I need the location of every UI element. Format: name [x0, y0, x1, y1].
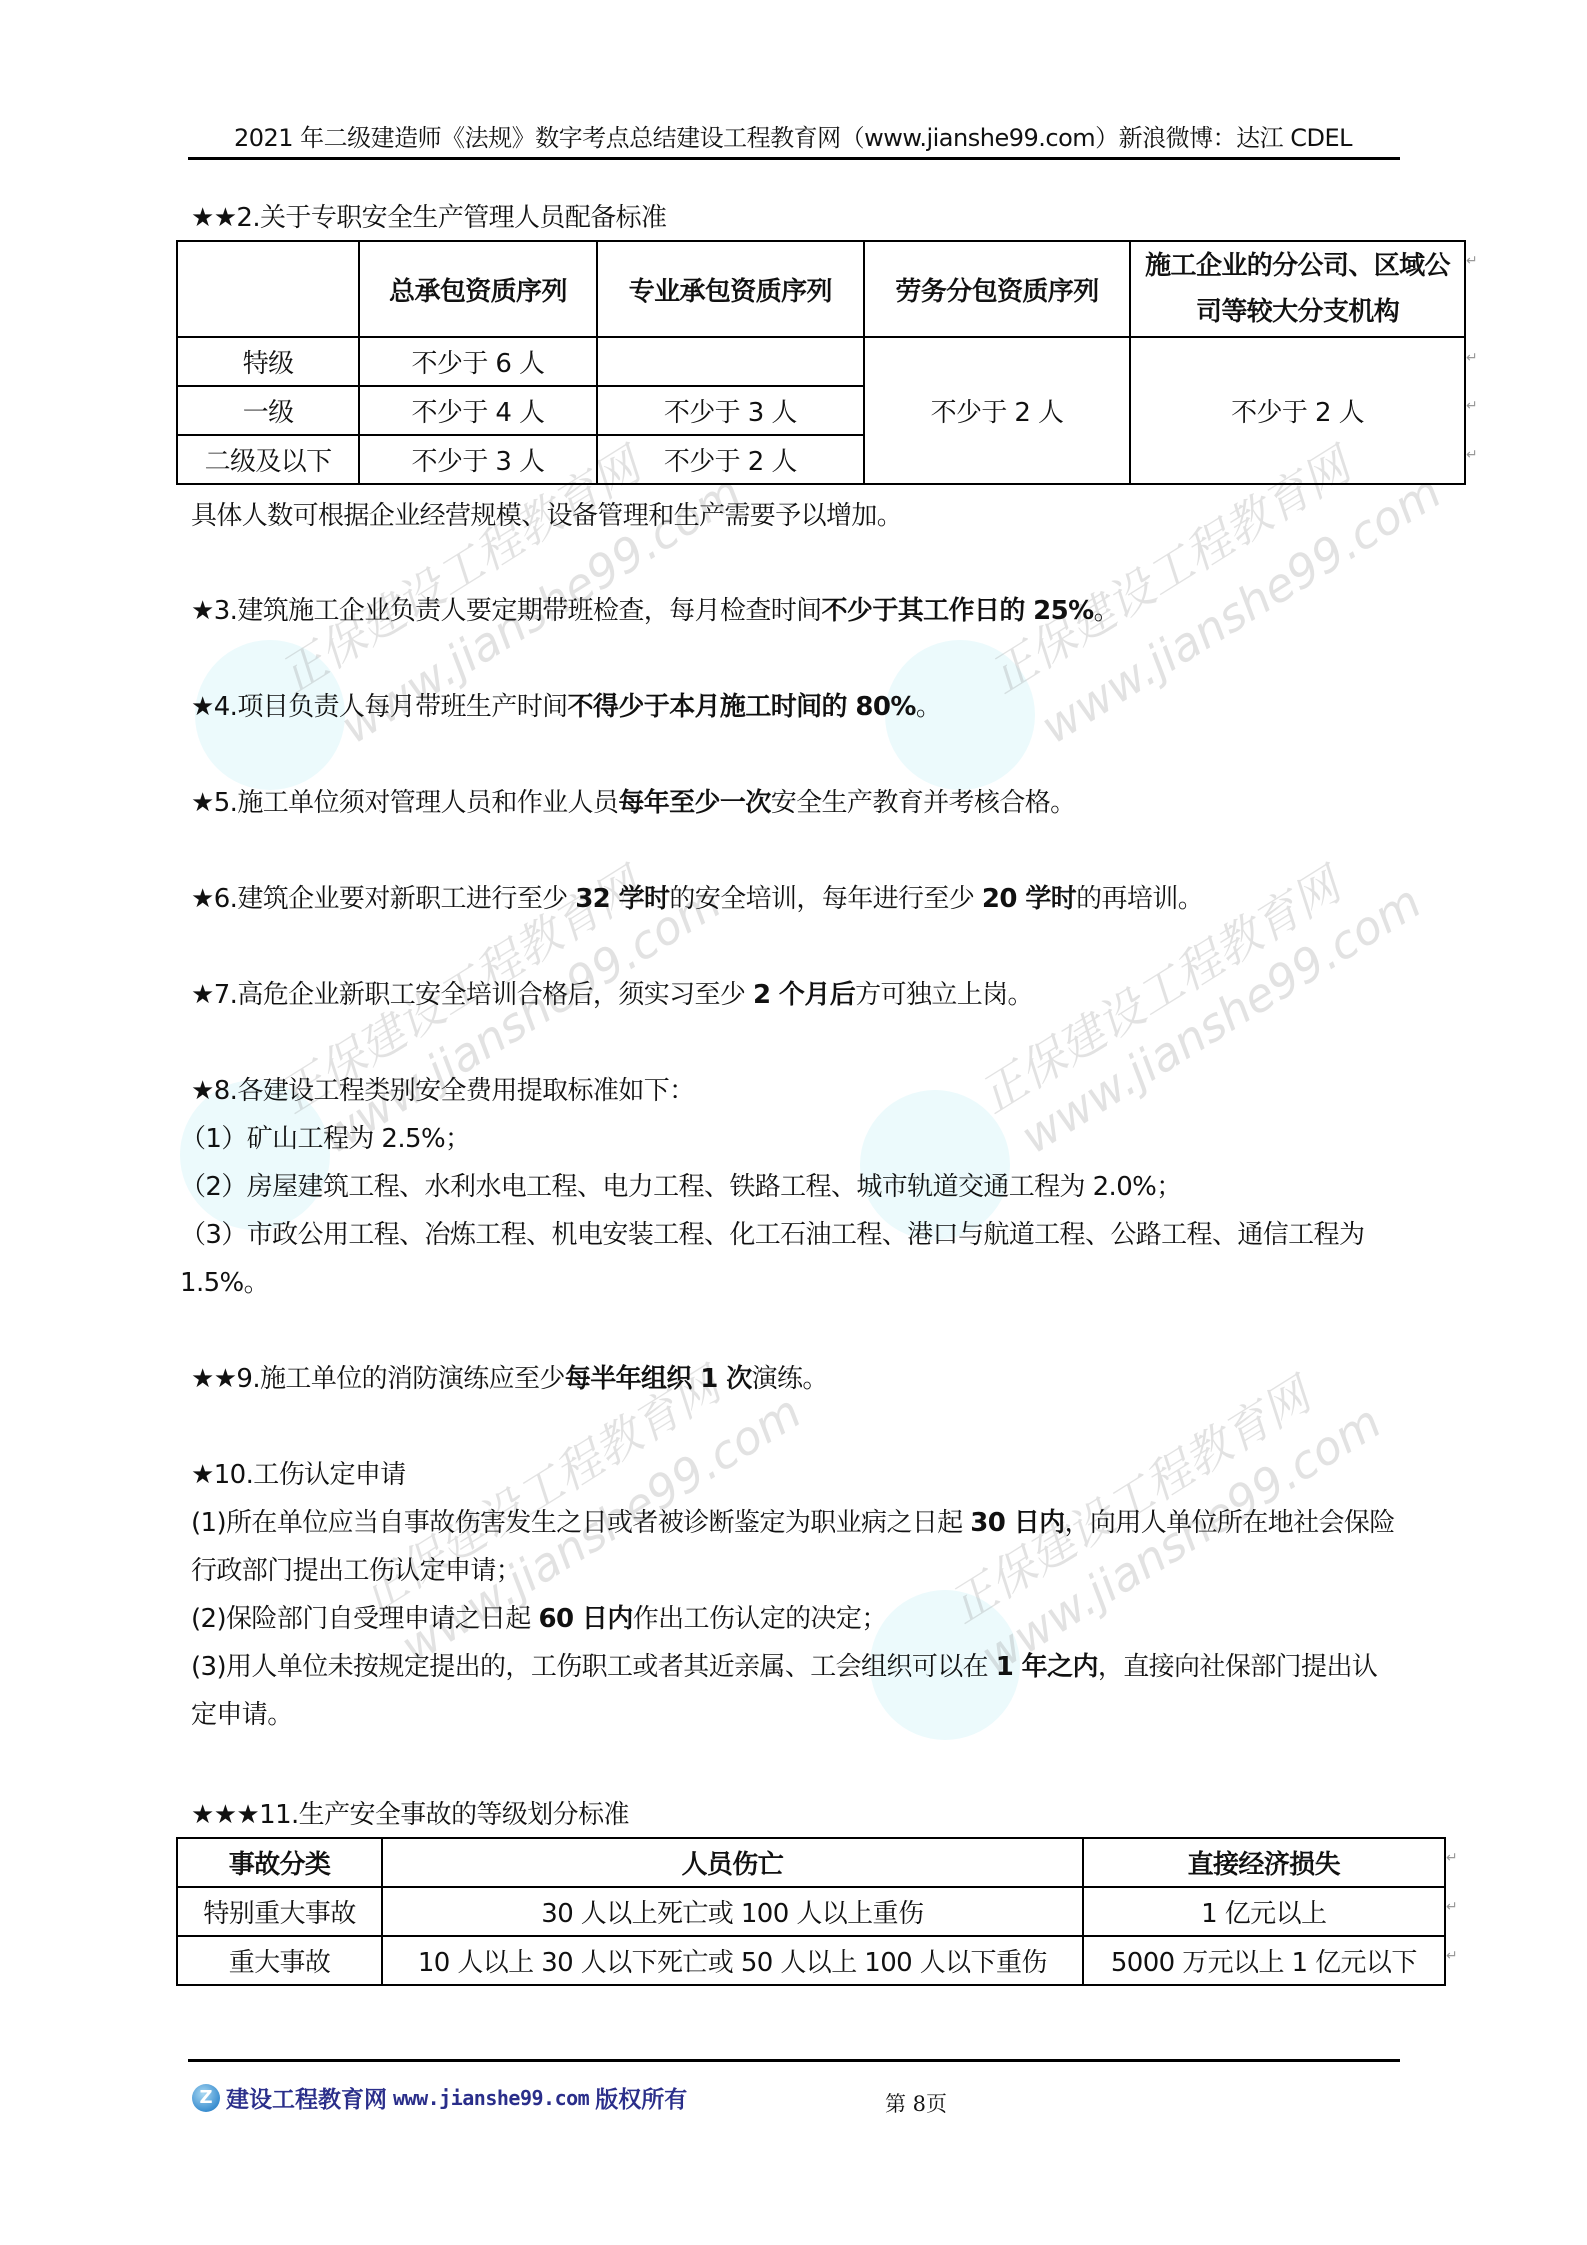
item-6-highlight-2: 20 学时: [982, 884, 1076, 914]
item-10-highlight-1: 30 日内: [970, 1508, 1064, 1538]
footer-brand-block: Z 建设工程教育网 www.jianshe99.com 版权所有: [192, 2081, 687, 2114]
specialty-cell: [597, 337, 864, 386]
item-5: ★5.施工单位须对管理人员和作业人员每年至少一次安全生产教育并考核合格。: [191, 787, 1076, 819]
category-cell: 特别重大事故: [177, 1887, 382, 1936]
brand-logo-icon: Z: [192, 2084, 220, 2112]
general-cell: 不少于 6 人: [359, 337, 597, 386]
watermark-url: www.jianshe99.com: [311, 874, 730, 1164]
section-2-title: ★★2.关于专职安全生产管理人员配备标准: [191, 202, 666, 234]
table-header-loss: 直接经济损失: [1083, 1838, 1445, 1887]
labor-cell: 不少于 2 人: [864, 337, 1130, 484]
table-header-general: 总承包资质序列: [359, 241, 597, 337]
paragraph-mark: ↵: [1446, 1850, 1458, 1866]
category-cell: 重大事故: [177, 1936, 382, 1985]
paragraph-mark: ↵: [1466, 253, 1478, 269]
paragraph-mark: ↵: [1446, 1899, 1458, 1915]
item-5-highlight: 每年至少一次: [618, 788, 770, 818]
paragraph-mark: ↵: [1466, 350, 1478, 366]
item-6-highlight-1: 32 学时: [575, 884, 669, 914]
item-6: ★6.建筑企业要对新职工进行至少 32 学时的安全培训，每年进行至少 20 学时…: [191, 883, 1203, 915]
footer-rights: 版权所有: [595, 2081, 687, 2114]
paragraph-mark: ↵: [1466, 447, 1478, 463]
header-divider: [188, 157, 1400, 160]
paragraph-mark: ↵: [1466, 398, 1478, 414]
item-8-line-2: （2）房屋建筑工程、水利水电工程、电力工程、铁路工程、城市轨道交通工程为 2.0…: [180, 1171, 1182, 1203]
item-10-highlight-3: 1 年之内: [996, 1652, 1098, 1682]
table-header-branch: 施工企业的分公司、区域公司等较大分支机构: [1130, 241, 1465, 337]
item-7-highlight: 2 个月后: [753, 980, 855, 1010]
item-9-highlight: 每半年组织 1 次: [565, 1364, 752, 1394]
item-3-highlight: 不少于其工作日的 25%: [822, 596, 1094, 626]
page-number: 第 8页: [885, 2088, 947, 2118]
paragraph-mark: ↵: [1446, 1948, 1458, 1964]
table-header-empty: [177, 241, 359, 337]
footer-divider: [188, 2059, 1400, 2062]
general-cell: 不少于 4 人: [359, 386, 597, 435]
specialty-cell: 不少于 2 人: [597, 435, 864, 484]
item-9: ★★9.施工单位的消防演练应至少每半年组织 1 次演练。: [191, 1363, 828, 1395]
table-header-casualties: 人员伤亡: [382, 1838, 1083, 1887]
section-11-title: ★★★11.生产安全事故的等级划分标准: [191, 1799, 629, 1831]
table-header-specialty: 专业承包资质序列: [597, 241, 864, 337]
item-10-line-2: (2)保险部门自受理申请之日起 60 日内作出工伤认定的决定；: [191, 1603, 887, 1635]
grade-cell: 特级: [177, 337, 359, 386]
table-header-labor: 劳务分包资质序列: [864, 241, 1130, 337]
item-10-line-1: (1)所在单位应当自事故伤害发生之日或者被诊断鉴定为职业病之日起 30 日内，向…: [191, 1499, 1401, 1595]
item-4-highlight: 不得少于本月施工时间的 80%: [568, 692, 916, 722]
grade-cell: 二级及以下: [177, 435, 359, 484]
grade-cell: 一级: [177, 386, 359, 435]
section-2-note: 具体人数可根据企业经营规模、设备管理和生产需要予以增加。: [191, 500, 902, 532]
table-row: 特级 不少于 6 人 不少于 2 人 不少于 2 人: [177, 337, 1465, 386]
item-8-line-1: （1）矿山工程为 2.5%；: [180, 1123, 470, 1155]
footer-url[interactable]: www.jianshe99.com: [393, 2086, 589, 2110]
watermark-url: www.jianshe99.com: [1011, 874, 1430, 1164]
general-cell: 不少于 3 人: [359, 435, 597, 484]
loss-cell: 1 亿元以上: [1083, 1887, 1445, 1936]
casualties-cell: 10 人以上 30 人以下死亡或 50 人以上 100 人以下重伤: [382, 1936, 1083, 1985]
table-header-category: 事故分类: [177, 1838, 382, 1887]
casualties-cell: 30 人以上死亡或 100 人以上重伤: [382, 1887, 1083, 1936]
table-row: 重大事故 10 人以上 30 人以下死亡或 50 人以上 100 人以下重伤 5…: [177, 1936, 1445, 1985]
item-4: ★4.项目负责人每月带班生产时间不得少于本月施工时间的 80%。: [191, 691, 941, 723]
page-header: 2021 年二级建造师《法规》数字考点总结建设工程教育网（www.jianshe…: [188, 118, 1398, 153]
table-row: 特别重大事故 30 人以上死亡或 100 人以上重伤 1 亿元以上: [177, 1887, 1445, 1936]
item-8-line-3: （3）市政公用工程、冶炼工程、机电安装工程、化工石油工程、港口与航道工程、公路工…: [180, 1211, 1390, 1307]
item-8-title: ★8.各建设工程类别安全费用提取标准如下：: [191, 1075, 695, 1107]
item-10-highlight-2: 60 日内: [539, 1604, 633, 1634]
item-10-title: ★10.工伤认定申请: [191, 1459, 406, 1491]
loss-cell: 5000 万元以上 1 亿元以下: [1083, 1936, 1445, 1985]
accident-grade-table: 事故分类 人员伤亡 直接经济损失 特别重大事故 30 人以上死亡或 100 人以…: [176, 1837, 1446, 1986]
specialty-cell: 不少于 3 人: [597, 386, 864, 435]
item-10-line-3: (3)用人单位未按规定提出的，工伤职工或者其近亲属、工会组织可以在 1 年之内，…: [191, 1643, 1401, 1739]
safety-staff-table: 总承包资质序列 专业承包资质序列 劳务分包资质序列 施工企业的分公司、区域公司等…: [176, 240, 1466, 485]
item-7: ★7.高危企业新职工安全培训合格后，须实习至少 2 个月后方可独立上岗。: [191, 979, 1033, 1011]
footer-brand: 建设工程教育网: [226, 2081, 387, 2114]
branch-cell: 不少于 2 人: [1130, 337, 1465, 484]
item-3: ★3.建筑施工企业负责人要定期带班检查，每月检查时间不少于其工作日的 25%。: [191, 595, 1119, 627]
